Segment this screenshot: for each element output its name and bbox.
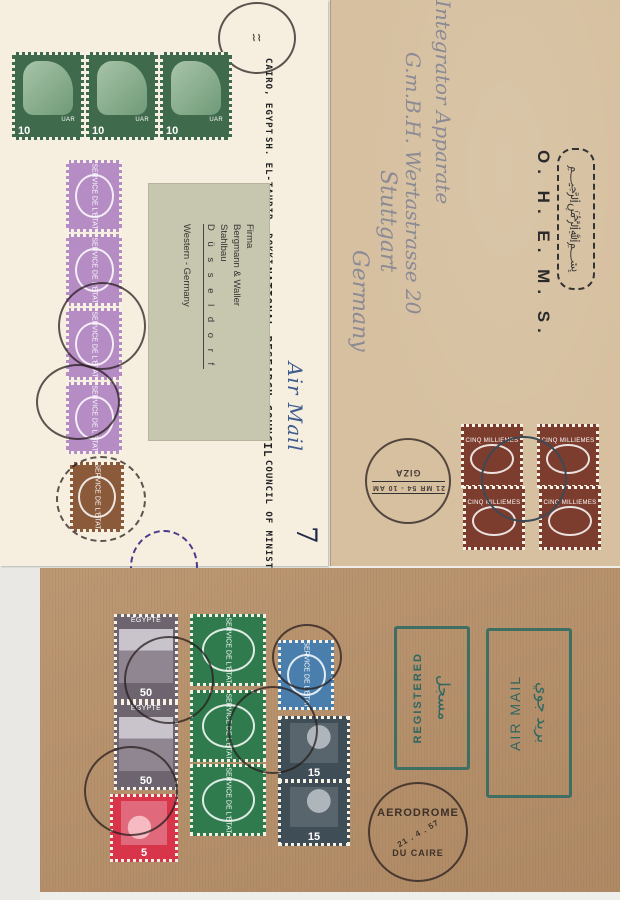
ramses-head-icon <box>97 61 147 115</box>
handwritten-address-line: Integrator Apparate <box>431 0 455 204</box>
cover-registered-airmail: EGYPTE 50 EGYPTE 50 5 SERVICE DE L'ETAT … <box>40 568 620 892</box>
scan-background <box>0 568 40 900</box>
ramses-head-icon <box>23 61 73 115</box>
stamp-ramses: UAR 10 <box>160 52 232 140</box>
stamp-service-violet: SERVICE DE L'ETAT <box>66 160 122 232</box>
address-country: Western - Germany <box>180 224 192 369</box>
postmark-circle <box>56 456 146 542</box>
postmark-circle <box>84 746 178 836</box>
postmark-aerodrome: AERODROME 21 . 4 . 57 DU CAIRE <box>368 782 468 882</box>
address-line: Firma <box>243 224 255 369</box>
cachet-registered: REGISTERED مسجل <box>394 626 470 770</box>
address-window: Firma Bergmann & Waller Stahlbau D ü s s… <box>148 183 270 441</box>
handwritten-address-line: G.m.B.H. Wertastrasse 20 <box>401 52 425 314</box>
postmark-circle <box>272 624 342 690</box>
cover-ohems: Integrator Apparate G.m.B.H. Wertastrass… <box>330 0 620 566</box>
postmark-circle <box>228 686 318 774</box>
letterhead-line: CAIRO, EGYPT <box>262 58 273 135</box>
handwritten-airmail: Air Mail <box>283 362 307 452</box>
ohems-frank: O. H. E. M. S. <box>533 150 553 339</box>
postmark-circle <box>481 436 567 522</box>
cover-national-research-council: ⌇⌇ UAR 10 UAR 10 UAR 10 COUNCIL OF MINIS… <box>0 0 328 566</box>
handwritten-address-line: Stuttgart <box>375 170 400 272</box>
postmark-giza: GIZA 21 MR 54 - 10 AM <box>365 438 451 524</box>
postmark-circle <box>36 364 120 440</box>
arabic-crest-icon: ﷽ <box>557 148 595 290</box>
portrait-icon <box>290 787 338 827</box>
address-line: Stahlbau <box>217 224 229 369</box>
handwritten-address-line: Germany <box>347 250 372 352</box>
stamp-ramses: UAR 10 <box>12 52 84 140</box>
address-line: Bergmann & Waller <box>230 224 242 369</box>
stamp-king: 15 <box>278 780 350 846</box>
stamp-service-green: SERVICE DE L'ETAT <box>190 764 266 836</box>
stamp-ramses: UAR 10 <box>86 52 158 140</box>
address-block: Firma Bergmann & Waller Stahlbau D ü s s… <box>24 224 255 369</box>
ramses-head-icon <box>171 61 221 115</box>
address-city: D ü s s e l d o r f <box>203 224 216 369</box>
postmark-circle <box>124 636 214 724</box>
handwritten-mark: 7 <box>290 526 323 544</box>
cachet-airmail: AIR MAIL بريد جوي <box>486 628 572 798</box>
